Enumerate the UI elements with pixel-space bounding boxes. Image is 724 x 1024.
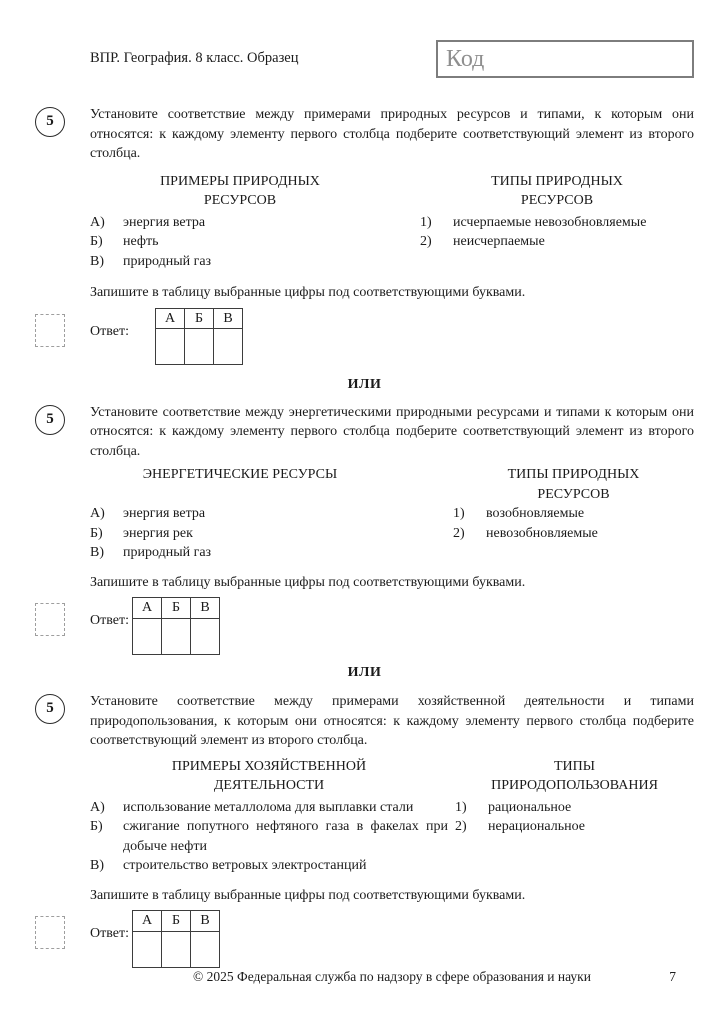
item-text: рациональное [488,798,694,818]
match-item: А) использование металлолома для выплавк… [90,798,448,818]
question-number-badge: 5 [35,107,65,137]
question-prompt: Установите соответствие между примерами … [90,692,694,751]
right-items-list: 1) возобновляемые 2) невозобновляемые [453,504,694,563]
match-item: 1) возобновляемые [453,504,694,524]
answer-input-cell[interactable] [162,931,191,967]
answer-input-cell[interactable] [185,329,214,365]
left-column-header: ЭНЕРГЕТИЧЕСКИЕ РЕСУРСЫ [90,465,390,504]
left-items-list: А) энергия ветра Б) энергия рек В) приро… [90,504,390,563]
or-separator: ИЛИ [35,663,694,683]
left-items-list: А) энергия ветра Б) нефть В) природный г… [90,213,390,272]
page-footer: © 2025 Федеральная служба по надзору в с… [90,967,694,987]
item-text: возобновляемые [486,504,694,524]
match-item: В) природный газ [90,543,390,563]
header-title: ВПР. География. 8 класс. Образец [90,49,436,69]
match-item: В) природный газ [90,252,390,272]
item-text: сжигание попутного нефтяного газа в факе… [123,817,448,856]
exam-page: ВПР. География. 8 класс. Образец Код 5 У… [0,0,724,1024]
item-letter: В) [90,543,123,563]
left-column-header: ПРИМЕРЫ ХОЗЯЙСТВЕННОЙ ДЕЯТЕЛЬНОСТИ [90,757,448,796]
answer-table-header-cell: Б [162,598,191,619]
answer-table-header-cell: Б [185,308,214,329]
item-letter: А) [90,504,123,524]
match-item: 1) рациональное [455,798,694,818]
item-text: строительство ветровых электростанций [123,856,448,876]
answer-input-cell[interactable] [133,931,162,967]
match-item: 2) нерациональное [455,817,694,837]
question-prompt: Установите соответствие между энергетиче… [90,403,694,462]
match-item: А) энергия ветра [90,213,390,233]
item-number: 2) [420,232,453,252]
answer-table-header-cell: А [133,911,162,932]
answer-table-header-cell: А [156,308,185,329]
item-number: 1) [455,798,488,818]
item-text: энергия ветра [123,504,390,524]
right-items-list: 1) рациональное 2) нерациональное [455,798,694,876]
code-input-box[interactable]: Код [436,40,694,78]
answer-table-header-cell: В [214,308,243,329]
match-item: В) строительство ветровых электростанций [90,856,448,876]
or-separator: ИЛИ [35,375,694,395]
score-box [35,603,65,636]
item-text: невозобновляемые [486,524,694,544]
question-number-badge: 5 [35,405,65,435]
match-item: 2) неисчерпаемые [420,232,694,252]
match-item: Б) сжигание попутного нефтяного газа в ф… [90,817,448,856]
answer-table-header-cell: В [191,911,220,932]
match-item: 1) исчерпаемые невозобновляемые [420,213,694,233]
item-letter: Б) [90,817,123,856]
answer-table-header-cell: А [133,598,162,619]
right-column-header: ТИПЫ ПРИРОДНЫХ РЕСУРСОВ [453,465,694,504]
question-prompt: Установите соответствие между примерами … [90,105,694,164]
instruction-text: Запишите в таблицу выбранные цифры под с… [90,886,694,906]
right-items-list: 1) исчерпаемые невозобновляемые 2) неисч… [420,213,694,272]
item-number: 1) [453,504,486,524]
item-number: 2) [455,817,488,837]
answer-label: Ответ: [90,924,138,944]
question-block-1: 5 Установите соответствие между примерам… [35,105,694,365]
item-letter: Б) [90,524,123,544]
question-block-3: 5 Установите соответствие между примерам… [35,692,694,968]
answer-input-cell[interactable] [133,618,162,654]
question-number-badge: 5 [35,694,65,724]
item-text: энергия рек [123,524,390,544]
footer-copyright: © 2025 Федеральная служба по надзору в с… [193,969,591,984]
answer-input-cell[interactable] [156,329,185,365]
right-column-header: ТИПЫ ПРИРОДОПОЛЬЗОВАНИЯ [455,757,694,796]
answer-table: А Б В [132,910,220,968]
item-text: исчерпаемые невозобновляемые [453,213,694,233]
answer-input-cell[interactable] [214,329,243,365]
left-items-list: А) использование металлолома для выплавк… [90,798,448,876]
answer-label: Ответ: [90,611,138,631]
item-letter: В) [90,252,123,272]
instruction-text: Запишите в таблицу выбранные цифры под с… [90,573,694,593]
item-letter: В) [90,856,123,876]
match-item: Б) нефть [90,232,390,252]
answer-table: А Б В [155,308,243,366]
match-item: Б) энергия рек [90,524,390,544]
match-item: 2) невозобновляемые [453,524,694,544]
item-text: неисчерпаемые [453,232,694,252]
item-number: 1) [420,213,453,233]
item-text: энергия ветра [123,213,390,233]
item-text: нерациональное [488,817,694,837]
match-item: А) энергия ветра [90,504,390,524]
answer-input-cell[interactable] [191,618,220,654]
score-box [35,314,65,347]
code-label: Код [446,46,484,72]
item-number: 2) [453,524,486,544]
page-number: 7 [669,967,676,987]
answer-table-header-cell: В [191,598,220,619]
instruction-text: Запишите в таблицу выбранные цифры под с… [90,283,694,303]
page-header: ВПР. География. 8 класс. Образец Код [35,40,694,78]
item-text: природный газ [123,543,390,563]
item-letter: А) [90,213,123,233]
answer-label: Ответ: [90,322,138,342]
answer-input-cell[interactable] [191,931,220,967]
item-text: использование металлолома для выплавки с… [123,798,448,818]
right-column-header: ТИПЫ ПРИРОДНЫХ РЕСУРСОВ [420,172,694,211]
answer-table: А Б В [132,597,220,655]
item-text: нефть [123,232,390,252]
score-box [35,916,65,949]
left-column-header: ПРИМЕРЫ ПРИРОДНЫХ РЕСУРСОВ [90,172,390,211]
question-block-2: 5 Установите соответствие между энергети… [35,403,694,655]
answer-table-header-cell: Б [162,911,191,932]
answer-input-cell[interactable] [162,618,191,654]
item-letter: А) [90,798,123,818]
item-letter: Б) [90,232,123,252]
item-text: природный газ [123,252,390,272]
